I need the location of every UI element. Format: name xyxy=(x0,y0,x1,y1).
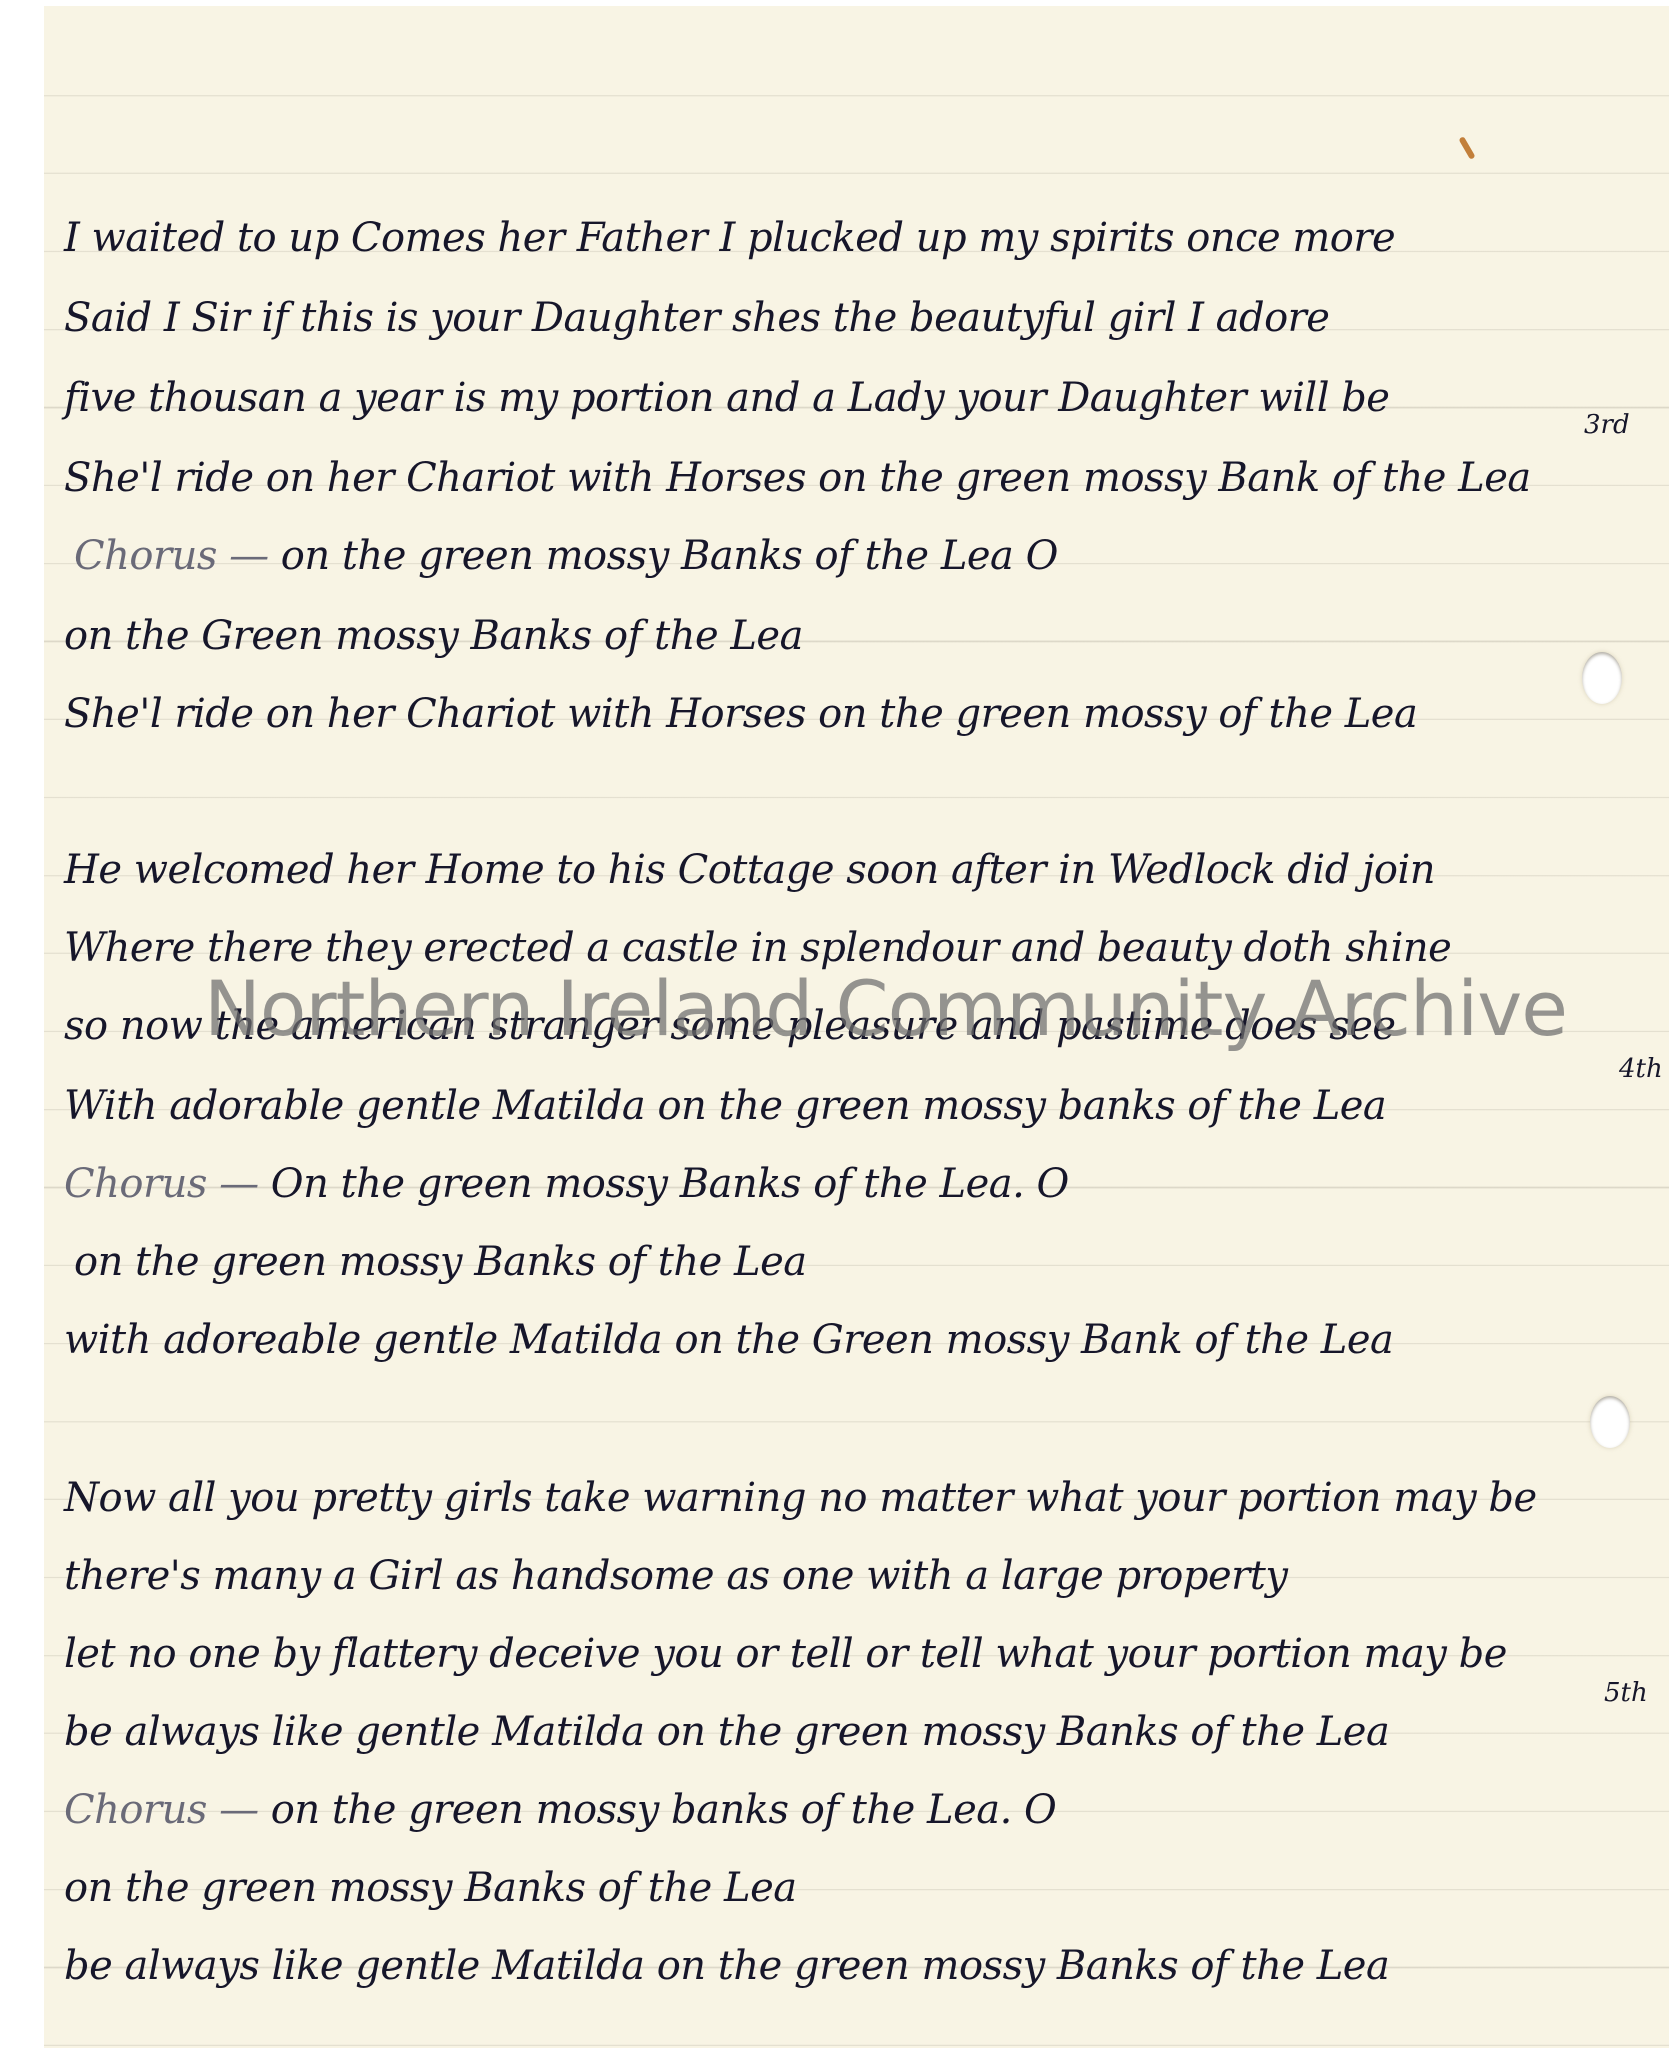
lyric-line: I waited to up Comes her Father I plucke… xyxy=(64,214,1564,262)
ink-stain xyxy=(1458,136,1475,160)
lyric-text: on the green mossy banks of the Lea. O xyxy=(271,1787,1057,1833)
lyric-text: on the green mossy Banks of the Lea O xyxy=(281,533,1058,579)
chorus-line: Chorus — On the green mossy Banks of the… xyxy=(64,1160,1069,1208)
manuscript-page: I waited to up Comes her Father I plucke… xyxy=(44,6,1669,2048)
lyric-line: She'l ride on her Chariot with Horses on… xyxy=(64,690,1417,738)
punch-hole xyxy=(1582,652,1622,704)
lyric-line: on the green mossy Banks of the Lea xyxy=(64,1864,797,1912)
lyric-line: five thousan a year is my portion and a … xyxy=(64,374,1389,422)
chorus-label: Chorus — xyxy=(64,1787,259,1833)
lyric-line: He welcomed her Home to his Cottage soon… xyxy=(64,846,1435,894)
lyric-line: let no one by flattery deceive you or te… xyxy=(64,1630,1507,1678)
lyric-line: on the Green mossy Banks of the Lea xyxy=(64,612,803,660)
lyric-text: On the green mossy Banks of the Lea. O xyxy=(271,1161,1069,1207)
verse-number-marker: 4th xyxy=(1619,1054,1663,1084)
verse-number-marker: 5th xyxy=(1604,1678,1648,1708)
chorus-line: Chorus — on the green mossy Banks of the… xyxy=(74,532,1058,580)
lyric-line: be always like gentle Matilda on the gre… xyxy=(64,1942,1389,1990)
lyric-line: Said I Sir if this is your Daughter shes… xyxy=(64,294,1329,342)
chorus-label: Chorus — xyxy=(74,533,269,579)
lyric-line: on the green mossy Banks of the Lea xyxy=(74,1238,807,1286)
lyric-line: She'l ride on her Chariot with Horses on… xyxy=(64,454,1531,502)
lyric-line: Now all you pretty girls take warning no… xyxy=(64,1474,1537,1522)
chorus-label: Chorus — xyxy=(64,1161,259,1207)
verse-number-marker: 3rd xyxy=(1584,410,1630,440)
chorus-line: Chorus — on the green mossy banks of the… xyxy=(64,1786,1056,1834)
lyric-line: be always like gentle Matilda on the gre… xyxy=(64,1708,1389,1756)
lyric-line: Where there they erected a castle in spl… xyxy=(64,924,1451,972)
lyric-line: there's many a Girl as handsome as one w… xyxy=(64,1552,1287,1600)
lyric-line: With adorable gentle Matilda on the gree… xyxy=(64,1082,1386,1130)
lyric-line: with adoreable gentle Matilda on the Gre… xyxy=(64,1316,1393,1364)
punch-hole xyxy=(1590,1396,1630,1448)
lyric-line: so now the american stranger some pleasu… xyxy=(64,1002,1396,1050)
